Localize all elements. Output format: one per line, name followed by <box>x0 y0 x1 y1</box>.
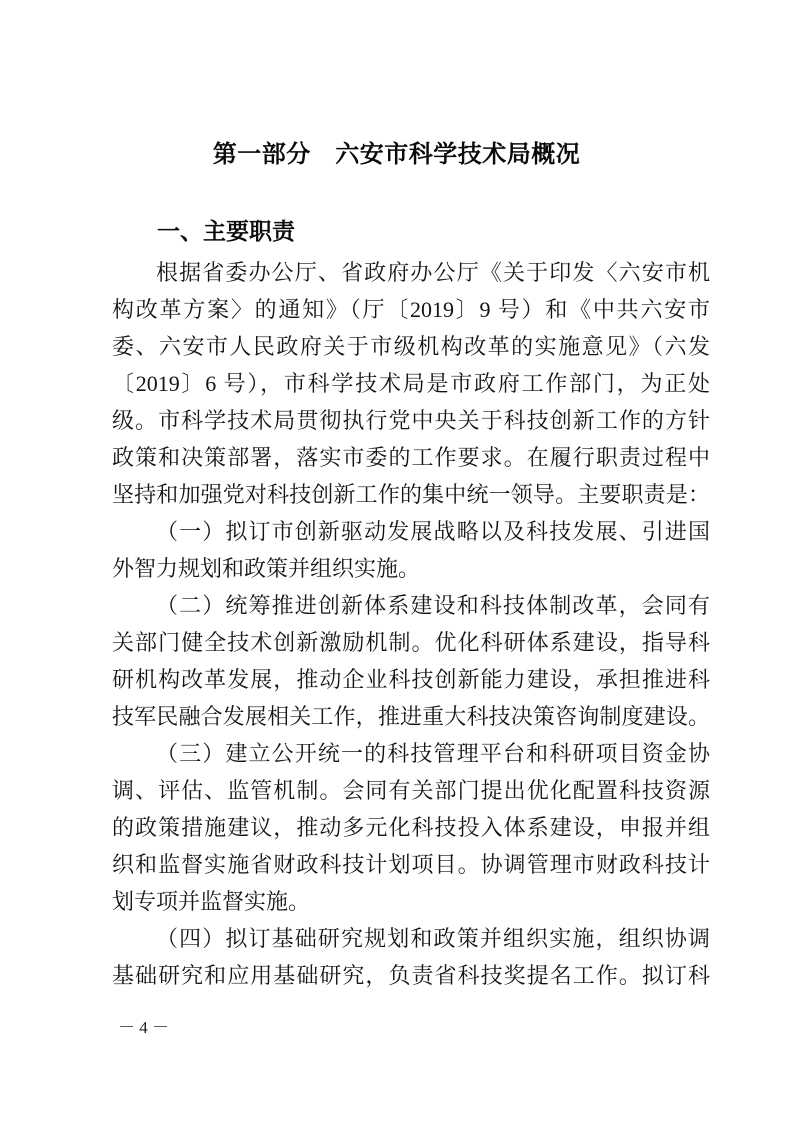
paragraph-line: （一）拟订市创新驱动发展战略以及科技发展、引进国 <box>112 513 710 550</box>
paragraph-line: 外智力规划和政策并组织实施。 <box>112 550 710 587</box>
paragraph-line: 〔2019〕6 号），市科学技术局是市政府工作部门，为正处 <box>112 365 710 402</box>
paragraph-line: （三）建立公开统一的科技管理平台和科研项目资金协 <box>112 735 710 772</box>
paragraph-line: 坚持和加强党对科技创新工作的集中统一领导。主要职责是： <box>112 476 710 513</box>
paragraph-line: （二）统筹推进创新体系建设和科技体制改革，会同有 <box>112 587 710 624</box>
paragraph-line: 的政策措施建议，推动多元化科技投入体系建设，申报并组 <box>112 809 710 846</box>
paragraph-line: 划专项并监督实施。 <box>112 883 710 920</box>
paragraph-line: 构改革方案〉的通知》（厅〔2019〕9 号）和《中共六安市 <box>112 291 710 328</box>
paragraph-line: 委、六安市人民政府关于市级机构改革的实施意见》（六发 <box>112 328 710 365</box>
document-body: 根据省委办公厅、省政府办公厅《关于印发〈六安市机 构改革方案〉的通知》（厅〔20… <box>112 254 710 994</box>
page-number: － 4 － <box>118 1016 169 1040</box>
paragraph-line: 织和监督实施省财政科技计划项目。协调管理市财政科技计 <box>112 846 710 883</box>
document-page: 第一部分 六安市科学技术局概况 一、主要职责 根据省委办公厅、省政府办公厅《关于… <box>0 0 793 1122</box>
paragraph-line: 政策和决策部署，落实市委的工作要求。在履行职责过程中 <box>112 439 710 476</box>
paragraph-line: 关部门健全技术创新激励机制。优化科研体系建设，指导科 <box>112 624 710 661</box>
paragraph-line: 基础研究和应用基础研究，负责省科技奖提名工作。拟订科 <box>112 957 710 994</box>
paragraph-line: 技军民融合发展相关工作，推进重大科技决策咨询制度建设。 <box>112 698 710 735</box>
section-heading: 一、主要职责 <box>157 216 295 246</box>
paragraph-line: 调、评估、监管机制。会同有关部门提出优化配置科技资源 <box>112 772 710 809</box>
paragraph-line: 根据省委办公厅、省政府办公厅《关于印发〈六安市机 <box>112 254 710 291</box>
paragraph-line: （四）拟订基础研究规划和政策并组织实施，组织协调 <box>112 920 710 957</box>
paragraph-line: 级。市科学技术局贯彻执行党中央关于科技创新工作的方针 <box>112 402 710 439</box>
document-title: 第一部分 六安市科学技术局概况 <box>0 139 793 171</box>
paragraph-line: 研机构改革发展，推动企业科技创新能力建设，承担推进科 <box>112 661 710 698</box>
